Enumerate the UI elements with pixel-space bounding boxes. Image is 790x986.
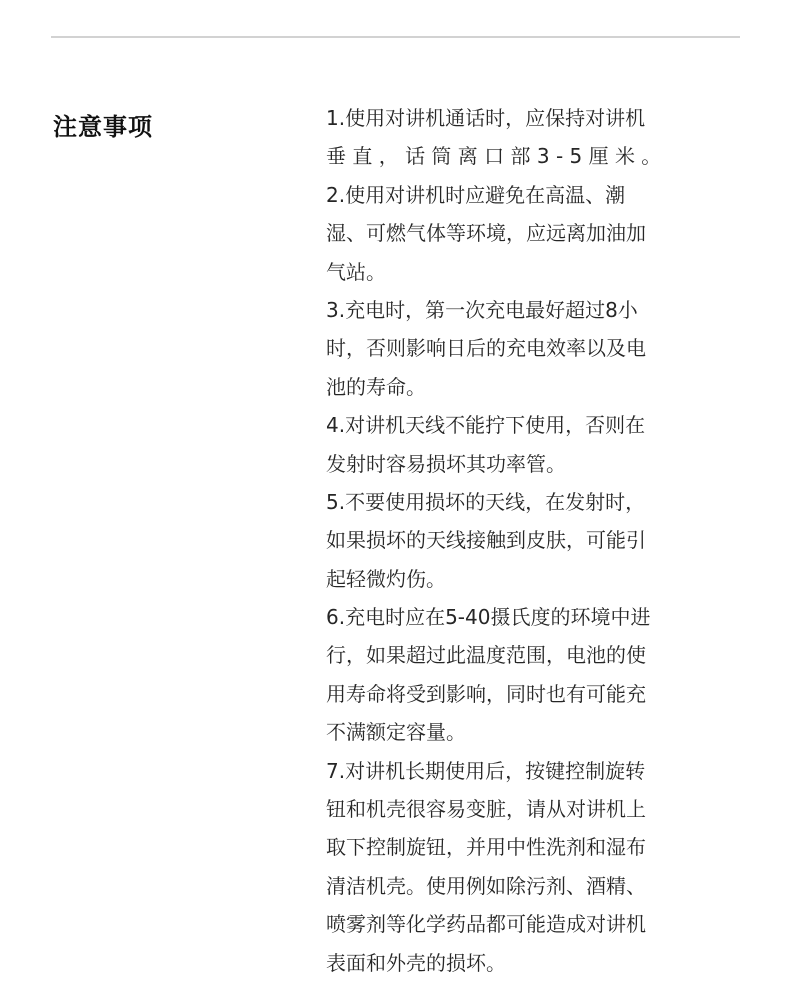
notes-list: 1.使用对讲机通话时，应保持对讲机 垂 直 ， 话 筒 离 口 部 3 - 5 …	[326, 99, 726, 982]
note-line: 湿、可燃气体等环境，应远离加油加	[326, 214, 726, 252]
note-line: 取下控制旋钮，并用中性洗剂和湿布	[326, 828, 726, 866]
note-line: 不满额定容量。	[326, 713, 726, 751]
note-line: 清洁机壳。使用例如除污剂、酒精、	[326, 867, 726, 905]
note-line: 时，否则影响日后的充电效率以及电	[326, 329, 726, 367]
note-line: 5.不要使用损坏的天线，在发射时，	[326, 483, 726, 521]
note-line: 气站。	[326, 253, 726, 291]
note-line: 如果损坏的天线接触到皮肤，可能引	[326, 521, 726, 559]
note-line: 发射时容易损坏其功率管。	[326, 445, 726, 483]
note-line: 钮和机壳很容易变脏，请从对讲机上	[326, 790, 726, 828]
note-line: 用寿命将受到影响，同时也有可能充	[326, 675, 726, 713]
note-line: 3.充电时，第一次充电最好超过8小	[326, 291, 726, 329]
top-divider	[51, 36, 740, 38]
note-line: 起轻微灼伤。	[326, 560, 726, 598]
note-line: 行，如果超过此温度范围，电池的使	[326, 636, 726, 674]
note-line: 6.充电时应在5-40摄氏度的环境中进	[326, 598, 726, 636]
note-line: 1.使用对讲机通话时，应保持对讲机	[326, 99, 726, 137]
note-line: 2.使用对讲机时应避免在高温、潮	[326, 176, 726, 214]
section-title: 注意事项	[53, 110, 153, 144]
note-line: 垂 直 ， 话 筒 离 口 部 3 - 5 厘 米 。	[326, 137, 726, 175]
note-line: 4.对讲机天线不能拧下使用，否则在	[326, 406, 726, 444]
note-line: 池的寿命。	[326, 368, 726, 406]
note-line: 喷雾剂等化学药品都可能造成对讲机	[326, 905, 726, 943]
note-line: 7.对讲机长期使用后，按键控制旋转	[326, 752, 726, 790]
note-line: 表面和外壳的损坏。	[326, 944, 726, 982]
